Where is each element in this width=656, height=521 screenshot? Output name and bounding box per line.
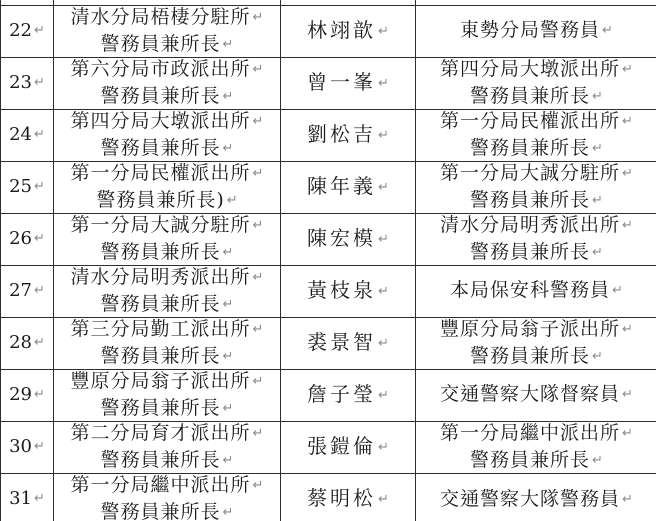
return-mark-icon: ↵ (378, 436, 389, 460)
cell-text: 豐原分局翁子派出所 (440, 318, 620, 341)
return-mark-icon: ↵ (592, 137, 603, 161)
return-mark-icon: ↵ (592, 189, 603, 213)
table-row: 24↵第四分局大墩派出所↵警務員兼所長↵劉松吉↵第一分局民權派出所↵警務員兼所長… (1, 110, 656, 162)
return-mark-icon: ↵ (34, 487, 45, 511)
text-line: 警務員兼所長↵ (101, 84, 234, 111)
text-line: 警務員兼所長↵ (101, 292, 234, 319)
text-line: 警務員兼所長↵ (101, 396, 234, 423)
text-line: 清水分局明秀派出所↵ (71, 266, 264, 292)
text-line: 警務員兼所長↵ (101, 500, 234, 521)
text-line: 28↵ (9, 331, 45, 357)
return-mark-icon: ↵ (592, 241, 603, 265)
text-line: 警務員兼所長↵ (101, 136, 234, 163)
text-line: 22↵ (9, 19, 45, 45)
return-mark-icon: ↵ (253, 214, 264, 238)
return-mark-icon: ↵ (602, 19, 613, 43)
text-line: 25↵ (9, 175, 45, 201)
return-mark-icon: ↵ (253, 266, 264, 290)
cell-row-number[interactable]: 23↵ (1, 58, 54, 110)
cell-text: 警務員兼所長 (101, 136, 221, 160)
cell-row-number[interactable]: 29↵ (1, 370, 54, 422)
cell-text: 第二分局育才派出所 (71, 422, 251, 445)
text-line: 警務員兼所長↵ (101, 344, 234, 371)
table-row: 22↵清水分局梧棲分駐所↵警務員兼所長↵林翊歆↵東勢分局警務員↵ (1, 6, 656, 58)
cell-text: 警務員兼所長 (101, 32, 221, 56)
text-line: 張鎧倫↵ (307, 434, 389, 462)
cell-text: 27 (9, 279, 32, 303)
cell-row-number[interactable]: 28↵ (1, 318, 54, 370)
cell-original-position[interactable]: 第一分局大誠分駐所↵警務員兼所長↵ (54, 214, 281, 266)
cell-text: 詹子瑩 (307, 382, 376, 406)
cell-text: 警務員兼所長) (96, 188, 224, 212)
cell-text: 23 (9, 71, 32, 95)
table-row: 30↵第二分局育才派出所↵警務員兼所長↵張鎧倫↵第一分局繼中派出所↵警務員兼所長… (1, 422, 656, 474)
cell-text: 第一分局民權派出所 (440, 110, 620, 133)
cell-name[interactable]: 陳年義↵ (281, 162, 416, 214)
cell-text: 交通警察大隊警務員 (440, 487, 620, 511)
text-line: 第一分局繼中派出所↵ (440, 422, 633, 448)
return-mark-icon: ↵ (378, 384, 389, 408)
text-line: 警務員兼所長↵ (101, 240, 234, 267)
cell-text: 第四分局大墩派出所 (71, 110, 251, 133)
cell-row-number[interactable]: 31↵ (1, 474, 54, 521)
cell-text: 第一分局大誠分駐所 (71, 214, 251, 237)
text-line: 豐原分局翁子派出所↵ (71, 370, 264, 396)
cell-text: 交通警察大隊督察員 (440, 382, 620, 406)
text-line: 清水分局明秀派出所↵ (440, 214, 633, 240)
return-mark-icon: ↵ (223, 241, 234, 265)
return-mark-icon: ↵ (592, 345, 603, 369)
return-mark-icon: ↵ (34, 175, 45, 199)
cell-text: 第一分局繼中派出所 (71, 474, 251, 497)
cell-text: 警務員兼所長 (470, 188, 590, 212)
text-line: 警務員兼所長↵ (470, 136, 603, 163)
text-line: 陳年義↵ (307, 174, 389, 202)
table-row: 31↵第一分局繼中派出所↵警務員兼所長↵蔡明松↵交通警察大隊警務員↵ (1, 474, 656, 521)
cell-text: 第四分局大墩派出所 (440, 58, 620, 81)
return-mark-icon: ↵ (622, 110, 633, 134)
cell-text: 黃枝泉 (307, 278, 376, 302)
cell-text: 陳年義 (307, 174, 376, 198)
cell-original-position[interactable]: 第三分局勤工派出所↵警務員兼所長↵ (54, 318, 281, 370)
cell-text: 26 (9, 227, 32, 251)
cell-name[interactable]: 裘景智↵ (281, 318, 416, 370)
text-line: 劉松吉↵ (307, 122, 389, 150)
return-mark-icon: ↵ (34, 19, 45, 43)
cell-text: 警務員兼所長 (101, 396, 221, 420)
return-mark-icon: ↵ (223, 345, 234, 369)
cell-row-number[interactable]: 25↵ (1, 162, 54, 214)
cell-original-position[interactable]: 第一分局繼中派出所↵警務員兼所長↵ (54, 474, 281, 521)
text-line: 29↵ (9, 383, 45, 409)
cell-text: 第六分局市政派出所 (71, 58, 251, 81)
return-mark-icon: ↵ (622, 58, 633, 82)
cell-text: 東勢分局警務員 (460, 18, 600, 42)
return-mark-icon: ↵ (378, 280, 389, 304)
cell-row-number[interactable]: 24↵ (1, 110, 54, 162)
cell-new-position[interactable]: 本局保安科警務員↵ (416, 266, 656, 318)
text-line: 曾一峯↵ (307, 70, 389, 98)
text-line: 24↵ (9, 123, 45, 149)
cell-text: 29 (9, 383, 32, 407)
return-mark-icon: ↵ (622, 383, 633, 407)
cell-text: 30 (9, 435, 32, 459)
cell-name[interactable]: 蔡明松↵ (281, 474, 416, 521)
cell-text: 第三分局勤工派出所 (71, 318, 251, 341)
return-mark-icon: ↵ (253, 162, 264, 186)
cell-original-position[interactable]: 豐原分局翁子派出所↵警務員兼所長↵ (54, 370, 281, 422)
cell-new-position[interactable]: 第一分局繼中派出所↵警務員兼所長↵ (416, 422, 656, 474)
text-line: 31↵ (9, 487, 45, 513)
cell-new-position[interactable]: 交通警察大隊督察員↵ (416, 370, 656, 422)
return-mark-icon: ↵ (34, 71, 45, 95)
text-line: 27↵ (9, 279, 45, 305)
text-line: 豐原分局翁子派出所↵ (440, 318, 633, 344)
cell-new-position[interactable]: 清水分局明秀派出所↵警務員兼所長↵ (416, 214, 656, 266)
return-mark-icon: ↵ (378, 176, 389, 200)
cell-row-number[interactable]: 30↵ (1, 422, 54, 474)
text-line: 交通警察大隊督察員↵ (440, 382, 633, 409)
cell-text: 第一分局繼中派出所 (440, 422, 620, 445)
text-line: 第一分局大誠分駐所↵ (71, 214, 264, 240)
return-mark-icon: ↵ (223, 33, 234, 57)
cell-new-position[interactable]: 第一分局大誠分駐所↵警務員兼所長↵ (416, 162, 656, 214)
return-mark-icon: ↵ (378, 72, 389, 96)
cell-original-position[interactable]: 第六分局市政派出所↵警務員兼所長↵ (54, 58, 281, 110)
cell-text: 警務員兼所長 (101, 84, 221, 108)
cell-text: 第一分局大誠分駐所 (440, 162, 620, 185)
cell-new-position[interactable]: 東勢分局警務員↵ (416, 6, 656, 58)
cell-new-position[interactable]: 第一分局民權派出所↵警務員兼所長↵ (416, 110, 656, 162)
text-line: 第一分局民權派出所↵ (71, 162, 264, 188)
cell-original-position[interactable]: 第二分局育才派出所↵警務員兼所長↵ (54, 422, 281, 474)
cell-text: 陳宏模 (307, 226, 376, 250)
return-mark-icon: ↵ (253, 318, 264, 342)
return-mark-icon: ↵ (253, 110, 264, 134)
return-mark-icon: ↵ (253, 6, 264, 30)
cell-new-position[interactable]: 第四分局大墩派出所↵警務員兼所長↵ (416, 58, 656, 110)
return-mark-icon: ↵ (223, 85, 234, 109)
cell-name[interactable]: 黃枝泉↵ (281, 266, 416, 318)
cell-new-position[interactable]: 豐原分局翁子派出所↵警務員兼所長↵ (416, 318, 656, 370)
text-line: 警務員兼所長↵ (101, 448, 234, 475)
cell-name[interactable]: 林翊歆↵ (281, 6, 416, 58)
text-line: 詹子瑩↵ (307, 382, 389, 410)
cell-row-number[interactable]: 26↵ (1, 214, 54, 266)
cell-text: 清水分局明秀派出所 (440, 214, 620, 237)
cell-text: 警務員兼所長 (470, 448, 590, 472)
return-mark-icon: ↵ (592, 85, 603, 109)
cell-text: 警務員兼所長 (470, 240, 590, 264)
cell-text: 28 (9, 331, 32, 355)
return-mark-icon: ↵ (592, 449, 603, 473)
text-line: 陳宏模↵ (307, 226, 389, 254)
cell-text: 裘景智 (307, 330, 376, 354)
cell-text: 警務員兼所長 (470, 84, 590, 108)
text-line: 林翊歆↵ (307, 18, 389, 46)
cell-text: 警務員兼所長 (470, 344, 590, 368)
text-line: 本局保安科警務員↵ (450, 278, 623, 305)
cell-text: 22 (9, 19, 32, 43)
personnel-table: 22↵清水分局梧棲分駐所↵警務員兼所長↵林翊歆↵東勢分局警務員↵23↵第六分局市… (0, 0, 656, 521)
return-mark-icon: ↵ (622, 422, 633, 446)
cell-text: 張鎧倫 (307, 434, 376, 458)
return-mark-icon: ↵ (378, 488, 389, 512)
return-mark-icon: ↵ (612, 279, 623, 303)
cell-text: 警務員兼所長 (470, 136, 590, 160)
return-mark-icon: ↵ (622, 162, 633, 186)
cell-text: 31 (9, 487, 32, 511)
return-mark-icon: ↵ (378, 20, 389, 44)
text-line: 第三分局勤工派出所↵ (71, 318, 264, 344)
cell-original-position[interactable]: 第一分局民權派出所↵警務員兼所長)↵ (54, 162, 281, 214)
cell-text: 劉松吉 (307, 122, 376, 146)
cell-text: 25 (9, 175, 32, 199)
return-mark-icon: ↵ (227, 189, 238, 213)
return-mark-icon: ↵ (34, 279, 45, 303)
cell-text: 本局保安科警務員 (450, 278, 610, 302)
text-line: 第四分局大墩派出所↵ (71, 110, 264, 136)
table-row: 25↵第一分局民權派出所↵警務員兼所長)↵陳年義↵第一分局大誠分駐所↵警務員兼所… (1, 162, 656, 214)
return-mark-icon: ↵ (378, 124, 389, 148)
return-mark-icon: ↵ (253, 474, 264, 498)
table-row: 27↵清水分局明秀派出所↵警務員兼所長↵黃枝泉↵本局保安科警務員↵ (1, 266, 656, 318)
return-mark-icon: ↵ (34, 383, 45, 407)
cell-name[interactable]: 張鎧倫↵ (281, 422, 416, 474)
return-mark-icon: ↵ (223, 137, 234, 161)
return-mark-icon: ↵ (253, 58, 264, 82)
text-line: 交通警察大隊警務員↵ (440, 487, 633, 514)
text-line: 警務員兼所長↵ (470, 448, 603, 475)
text-line: 警務員兼所長↵ (470, 344, 603, 371)
table-row: 29↵豐原分局翁子派出所↵警務員兼所長↵詹子瑩↵交通警察大隊督察員↵ (1, 370, 656, 422)
return-mark-icon: ↵ (34, 123, 45, 147)
text-line: 第一分局大誠分駐所↵ (440, 162, 633, 188)
cell-text: 警務員兼所長 (101, 500, 221, 521)
text-line: 第一分局繼中派出所↵ (71, 474, 264, 500)
return-mark-icon: ↵ (622, 214, 633, 238)
return-mark-icon: ↵ (223, 397, 234, 421)
cell-name[interactable]: 劉松吉↵ (281, 110, 416, 162)
cell-name[interactable]: 陳宏模↵ (281, 214, 416, 266)
return-mark-icon: ↵ (622, 488, 633, 512)
return-mark-icon: ↵ (622, 318, 633, 342)
text-line: 警務員兼所長)↵ (96, 188, 237, 215)
table-row: 26↵第一分局大誠分駐所↵警務員兼所長↵陳宏模↵清水分局明秀派出所↵警務員兼所長… (1, 214, 656, 266)
document-page: 22↵清水分局梧棲分駐所↵警務員兼所長↵林翊歆↵東勢分局警務員↵23↵第六分局市… (0, 0, 656, 521)
text-line: 警務員兼所長↵ (470, 240, 603, 267)
return-mark-icon: ↵ (34, 227, 45, 251)
cell-text: 清水分局明秀派出所 (71, 266, 251, 289)
text-line: 警務員兼所長↵ (470, 84, 603, 111)
cell-text: 蔡明松 (307, 486, 376, 510)
cell-text: 警務員兼所長 (101, 292, 221, 316)
text-line: 第六分局市政派出所↵ (71, 58, 264, 84)
cell-text: 警務員兼所長 (101, 448, 221, 472)
text-line: 警務員兼所長↵ (470, 188, 603, 215)
return-mark-icon: ↵ (223, 501, 234, 521)
return-mark-icon: ↵ (378, 228, 389, 252)
cell-name[interactable]: 詹子瑩↵ (281, 370, 416, 422)
cell-text: 清水分局梧棲分駐所 (71, 6, 251, 29)
table-row: 23↵第六分局市政派出所↵警務員兼所長↵曾一峯↵第四分局大墩派出所↵警務員兼所長… (1, 58, 656, 110)
cell-original-position[interactable]: 清水分局梧棲分駐所↵警務員兼所長↵ (54, 6, 281, 58)
cell-original-position[interactable]: 第四分局大墩派出所↵警務員兼所長↵ (54, 110, 281, 162)
cell-text: 警務員兼所長 (101, 344, 221, 368)
text-line: 警務員兼所長↵ (101, 32, 234, 59)
text-line: 30↵ (9, 435, 45, 461)
return-mark-icon: ↵ (34, 331, 45, 355)
text-line: 23↵ (9, 71, 45, 97)
return-mark-icon: ↵ (378, 332, 389, 356)
cell-text: 曾一峯 (307, 70, 376, 94)
text-line: 清水分局梧棲分駐所↵ (71, 6, 264, 32)
cell-text: 林翊歆 (307, 18, 376, 42)
cell-new-position[interactable]: 交通警察大隊警務員↵ (416, 474, 656, 521)
cell-text: 24 (9, 123, 32, 147)
cell-original-position[interactable]: 清水分局明秀派出所↵警務員兼所長↵ (54, 266, 281, 318)
table-row: 28↵第三分局勤工派出所↵警務員兼所長↵裘景智↵豐原分局翁子派出所↵警務員兼所長… (1, 318, 656, 370)
text-line: 裘景智↵ (307, 330, 389, 358)
return-mark-icon: ↵ (34, 435, 45, 459)
text-line: 黃枝泉↵ (307, 278, 389, 306)
cell-text: 豐原分局翁子派出所 (71, 370, 251, 393)
cell-row-number[interactable]: 22↵ (1, 6, 54, 58)
return-mark-icon: ↵ (253, 370, 264, 394)
return-mark-icon: ↵ (223, 449, 234, 473)
cell-name[interactable]: 曾一峯↵ (281, 58, 416, 110)
text-line: 第四分局大墩派出所↵ (440, 58, 633, 84)
text-line: 蔡明松↵ (307, 486, 389, 514)
text-line: 26↵ (9, 227, 45, 253)
text-line: 第二分局育才派出所↵ (71, 422, 264, 448)
cell-row-number[interactable]: 27↵ (1, 266, 54, 318)
text-line: 第一分局民權派出所↵ (440, 110, 633, 136)
return-mark-icon: ↵ (223, 293, 234, 317)
cell-text: 警務員兼所長 (101, 240, 221, 264)
cell-text: 第一分局民權派出所 (71, 162, 251, 185)
return-mark-icon: ↵ (253, 422, 264, 446)
text-line: 東勢分局警務員↵ (460, 18, 613, 45)
